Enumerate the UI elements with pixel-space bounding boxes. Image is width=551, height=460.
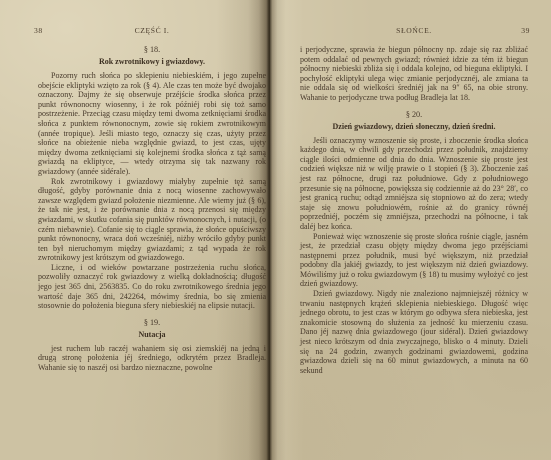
paragraph: jest ruchem lub raczéj wahaniem się osi … [38, 344, 266, 373]
book-scan: 38 CZĘŚĆ I. § 18. Rok zwrotnikowy i gwia… [0, 0, 551, 460]
section-20-title: Dzień gwiazdowy, dzień słoneczny, dzień … [300, 122, 528, 132]
paragraph: Dzień gwiazdowy. Nigdy nie znaleziono na… [300, 289, 528, 375]
section-18-title: Rok zwrotnikowy i gwiazdowy. [38, 57, 266, 67]
right-page-text-column: SŁOŃCE. 39 i perjodyczne, sprawia że bie… [300, 26, 528, 375]
section-19-title: Nutacja [38, 330, 266, 340]
right-page-number: 39 [521, 26, 530, 35]
left-page-text-column: 38 CZĘŚĆ I. § 18. Rok zwrotnikowy i gwia… [38, 26, 266, 373]
paragraph: Liczne, i od wieków powtarzane postrzeże… [38, 263, 266, 311]
section-20-number: § 20. [300, 110, 528, 120]
left-running-head: CZĘŚĆ I. [38, 26, 266, 35]
paragraph: Pozorny ruch słońca po sklepieniu niebie… [38, 71, 266, 177]
left-page: 38 CZĘŚĆ I. § 18. Rok zwrotnikowy i gwia… [0, 0, 270, 460]
section-18-heading: § 18. Rok zwrotnikowy i gwiazdowy. [38, 45, 266, 67]
paragraph: Ponieważ więc wznoszenie się proste słoń… [300, 232, 528, 290]
section-19-number: § 19. [38, 318, 266, 328]
continuation-paragraph: i perjodyczne, sprawia że biegun północn… [300, 45, 528, 103]
right-page: SŁOŃCE. 39 i perjodyczne, sprawia że bie… [270, 0, 551, 460]
section-19-heading: § 19. Nutacja [38, 318, 266, 340]
paragraph: Rok zwrotnikowy i gwiazdowy miałyby zupe… [38, 177, 266, 263]
section-18-number: § 18. [38, 45, 266, 55]
paragraph: Jeśli oznaczymy wznoszenie się proste, i… [300, 136, 528, 232]
right-page-header: SŁOŃCE. 39 [300, 26, 528, 38]
section-20-heading: § 20. Dzień gwiazdowy, dzień słoneczny, … [300, 110, 528, 132]
left-page-header: 38 CZĘŚĆ I. [38, 26, 266, 38]
right-running-head: SŁOŃCE. [300, 26, 528, 35]
